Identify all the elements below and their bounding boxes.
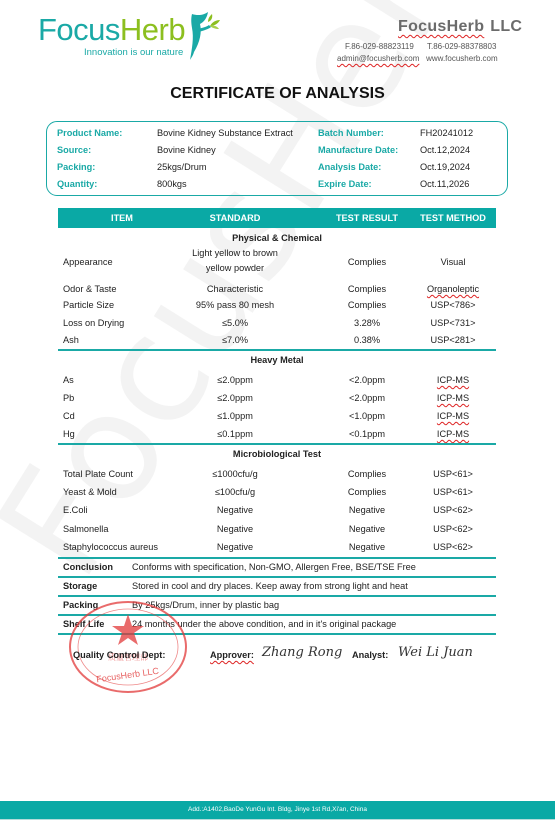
table-row: Cd≤1.0ppm<1.0ppmICP-MS (58, 407, 496, 425)
cell-standard: ≤100cfu/g (180, 483, 290, 501)
info-value: Bovine Kidney Substance Extract (157, 125, 293, 142)
section-title: Heavy Metal (58, 354, 496, 366)
cell-standard: ≤2.0ppm (180, 371, 290, 389)
info-value: Oct.11,2026 (420, 176, 469, 193)
cell-standard: Negative (180, 520, 290, 538)
table-header: ITEM STANDARD TEST RESULT TEST METHOD (58, 208, 496, 228)
cell-item: Pb (63, 389, 74, 407)
cell-item: Cd (63, 407, 75, 425)
company-tel: T.86-029-88378803 (427, 42, 496, 51)
table-row: Hg≤0.1ppm<0.1ppmICP-MS (58, 425, 496, 443)
company-seal-stamp: FocusHerb LLC 质量管理部 (66, 598, 190, 696)
leaf-figure-icon (188, 12, 222, 60)
analyst-label: Analyst: (352, 650, 388, 660)
cell-standard: ≤2.0ppm (180, 389, 290, 407)
cell-standard: Negative (180, 538, 290, 556)
company-web: admin@focusherb.com www.focusherb.com (337, 54, 498, 63)
table-row: Pb≤2.0ppm<2.0ppmICP-MS (58, 389, 496, 407)
cell-standard: ≤0.1ppm (180, 425, 290, 443)
cell-item: Staphylococcus aureus (63, 538, 158, 556)
logo-focus-text: Focus (38, 12, 120, 47)
table-row: Staphylococcus aureusNegativeNegativeUSP… (58, 538, 496, 556)
company-suffix: LLC (490, 18, 522, 36)
cell-item: Particle Size (63, 296, 114, 314)
info-value: Oct.12,2024 (420, 142, 470, 159)
section-divider (58, 349, 496, 351)
info-value: FH20241012 (420, 125, 473, 142)
table-row: Particle Size95% pass 80 meshCompliesUSP… (58, 296, 496, 314)
company-email[interactable]: admin@focusherb.com (337, 54, 419, 63)
cell-test-method: USP<62> (400, 538, 506, 556)
cell-item: Yeast & Mold (63, 483, 117, 501)
info-row: Quantity:800kgsExpire Date:Oct.11,2026 (47, 176, 507, 193)
info-label: Product Name: (57, 125, 122, 142)
cell-standard: Light yellow to brownyellow powder (180, 246, 290, 276)
svg-text:FocusHerb LLC: FocusHerb LLC (96, 666, 160, 685)
cell-test-method: USP<281> (400, 331, 506, 349)
analyst-signature: Wei Li Juan (398, 645, 473, 660)
cell-test-method: ICP-MS (400, 425, 506, 443)
info-label: Manufacture Date: (318, 142, 398, 159)
info-value: 25kgs/Drum (157, 159, 207, 176)
cell-test-method: USP<61> (400, 483, 506, 501)
table-row: Loss on Drying≤5.0%3.28%USP<731> (58, 314, 496, 332)
info-label: Expire Date: (318, 176, 372, 193)
info-label: Source: (57, 142, 91, 159)
info-label: Batch Number: (318, 125, 384, 142)
table-row: Yeast & Mold≤100cfu/gCompliesUSP<61> (58, 483, 496, 501)
cell-test-method: USP<62> (400, 520, 506, 538)
note-row: StorageStored in cool and dry places. Ke… (58, 577, 496, 596)
cell-standard: ≤1.0ppm (180, 407, 290, 425)
header-standard: STANDARD (180, 208, 290, 228)
header-item: ITEM (63, 208, 181, 228)
company-fax: F.86-029-88823119 (345, 42, 414, 51)
info-value: Bovine Kidney (157, 142, 216, 159)
product-info-box: Product Name:Bovine Kidney Substance Ext… (46, 121, 508, 196)
section-divider (58, 443, 496, 445)
note-key: Storage (63, 577, 97, 596)
cell-standard: ≤5.0% (180, 314, 290, 332)
cell-item: Appearance (63, 244, 113, 280)
info-row: Product Name:Bovine Kidney Substance Ext… (47, 125, 507, 142)
company-name: FocusHerbLLC (398, 18, 522, 36)
info-row: Packing:25kgs/DrumAnalysis Date:Oct.19,2… (47, 159, 507, 176)
cell-test-method: USP<61> (400, 465, 506, 483)
table-row: As≤2.0ppm<2.0ppmICP-MS (58, 371, 496, 389)
approver-signature: Zhang Rong (262, 645, 342, 660)
cell-item: Hg (63, 425, 75, 443)
footer-address: Add.:A1402,BaoDe YunGu Int. Bldg, Jinye … (0, 801, 555, 819)
cell-item: Salmonella (63, 520, 108, 538)
note-value: Stored in cool and dry places. Keep away… (132, 577, 408, 596)
cell-item: E.Coli (63, 501, 88, 519)
table-row: Total Plate Count≤1000cfu/gCompliesUSP<6… (58, 465, 496, 483)
note-row: ConclusionConforms with specification, N… (58, 558, 496, 577)
header-test-method: TEST METHOD (400, 208, 506, 228)
cell-test-method: USP<62> (400, 501, 506, 519)
cell-item: Ash (63, 331, 79, 349)
info-label: Packing: (57, 159, 95, 176)
qc-dept-label: Quality Control Dept: (73, 650, 165, 660)
section-title: Microbiological Test (58, 448, 496, 460)
table-row: SalmonellaNegativeNegativeUSP<62> (58, 520, 496, 538)
logo-tagline: Innovation is our nature (84, 47, 183, 58)
company-name-text: FocusHerb (398, 18, 484, 35)
logo-herb-text: Herb (120, 12, 185, 47)
info-value: 800kgs (157, 176, 187, 193)
cell-standard: Negative (180, 501, 290, 519)
cell-item: As (63, 371, 74, 389)
cell-test-method: USP<786> (400, 296, 506, 314)
cell-standard: ≤7.0% (180, 331, 290, 349)
cell-test-method: ICP-MS (400, 389, 506, 407)
table-row: AppearanceLight yellow to brownyellow po… (58, 244, 496, 280)
cell-standard: 95% pass 80 mesh (180, 296, 290, 314)
cell-item: Loss on Drying (63, 314, 124, 332)
info-value: Oct.19,2024 (420, 159, 470, 176)
approver-label: Approver: (210, 650, 254, 660)
info-label: Analysis Date: (318, 159, 381, 176)
section-title: Physical & Chemical (58, 232, 496, 244)
note-value: Conforms with specification, Non-GMO, Al… (132, 558, 416, 577)
cell-standard: ≤1000cfu/g (180, 465, 290, 483)
table-row: Ash≤7.0%0.38%USP<281> (58, 331, 496, 349)
cell-test-method: Visual (400, 244, 506, 280)
document-title: CERTIFICATE OF ANALYSIS (0, 85, 555, 103)
company-website[interactable]: www.focusherb.com (426, 54, 498, 63)
cell-test-method: USP<731> (400, 314, 506, 332)
info-label: Quantity: (57, 176, 97, 193)
cell-item: Total Plate Count (63, 465, 133, 483)
note-key: Conclusion (63, 558, 113, 577)
logo: FocusHerb (38, 10, 185, 50)
table-row: E.ColiNegativeNegativeUSP<62> (58, 501, 496, 519)
cell-test-method: ICP-MS (400, 407, 506, 425)
company-phones: F.86-029-88823119 T.86-029-88378803 (345, 42, 496, 51)
info-row: Source:Bovine KidneyManufacture Date:Oct… (47, 142, 507, 159)
cell-test-method: ICP-MS (400, 371, 506, 389)
